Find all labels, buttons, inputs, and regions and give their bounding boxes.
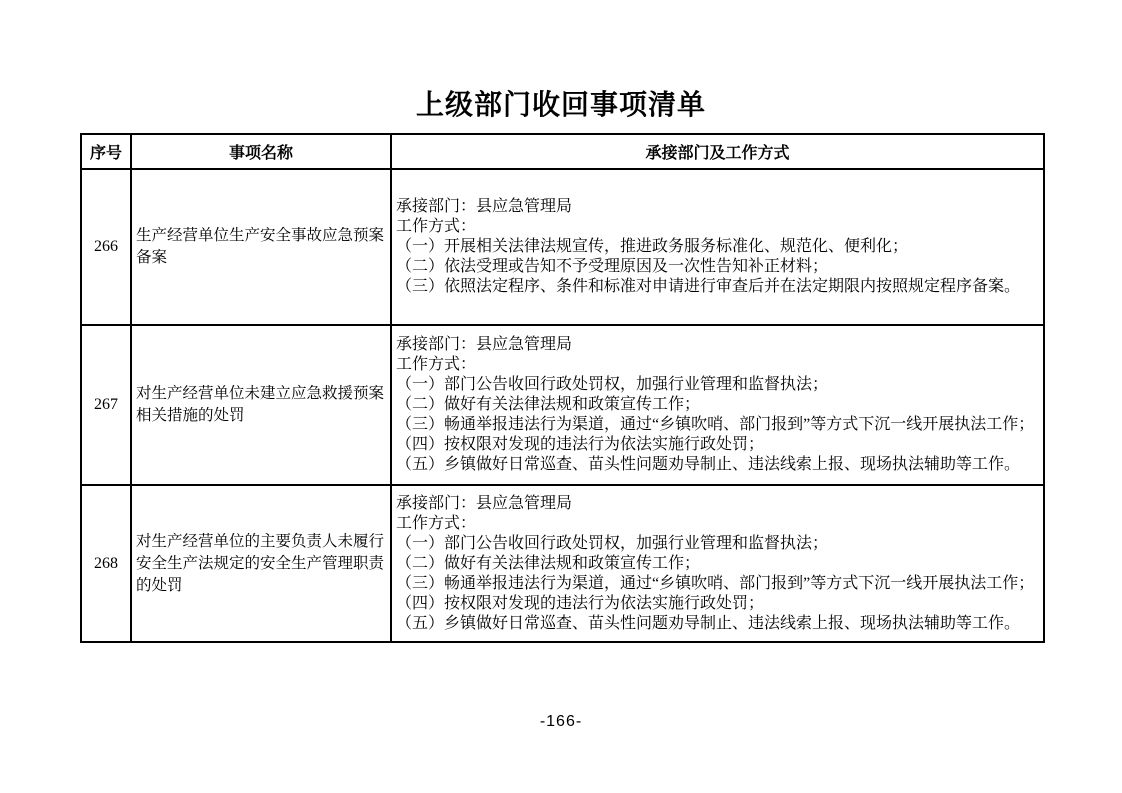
detail-line: （一）部门公告收回行政处罚权，加强行业管理和监督执法； [396,534,1039,554]
table-row: 266生产经营单位生产安全事故应急预案备案承接部门：县应急管理局工作方式：（一）… [81,169,1044,325]
detail-line: （一）部门公告收回行政处罚权，加强行业管理和监督执法； [396,375,1039,395]
detail-line: 工作方式： [396,514,1039,534]
detail-line: 工作方式： [396,355,1039,375]
item-name: 对生产经营单位的主要负责人未履行安全生产法规定的安全生产管理职责的处罚 [131,485,391,642]
table-header: 序号 事项名称 承接部门及工作方式 [81,134,1044,169]
page-title: 上级部门收回事项清单 [0,90,1122,122]
header-department-method: 承接部门及工作方式 [391,134,1044,169]
detail-line: （二）依法受理或告知不予受理原因及一次性告知补正材料； [396,257,1039,277]
header-serial: 序号 [81,134,131,169]
item-name: 生产经营单位生产安全事故应急预案备案 [131,169,391,325]
detail-line: （一）开展相关法律法规宣传，推进政务服务标准化、规范化、便利化； [396,237,1039,257]
detail-line: （三）畅通举报违法行为渠道，通过“乡镇吹哨、部门报到”等方式下沉一线开展执法工作… [396,574,1039,594]
detail-line: 承接部门：县应急管理局 [396,197,1039,217]
serial-number: 266 [81,169,131,325]
department-and-method: 承接部门：县应急管理局工作方式：（一）部门公告收回行政处罚权，加强行业管理和监督… [391,485,1044,642]
table-row: 267对生产经营单位未建立应急救援预案相关措施的处罚承接部门：县应急管理局工作方… [81,325,1044,485]
detail-line: （二）做好有关法律法规和政策宣传工作； [396,395,1039,415]
table-body: 266生产经营单位生产安全事故应急预案备案承接部门：县应急管理局工作方式：（一）… [81,169,1044,642]
detail-line: （四）按权限对发现的违法行为依法实施行政处罚； [396,594,1039,614]
detail-line: （三）依照法定程序、条件和标准对申请进行审查后并在法定期限内按照规定程序备案。 [396,277,1039,297]
detail-line: （三）畅通举报违法行为渠道，通过“乡镇吹哨、部门报到”等方式下沉一线开展执法工作… [396,415,1039,435]
detail-line: 承接部门：县应急管理局 [396,494,1039,514]
department-and-method: 承接部门：县应急管理局工作方式：（一）开展相关法律法规宣传，推进政务服务标准化、… [391,169,1044,325]
detail-line: （五）乡镇做好日常巡查、苗头性问题劝导制止、违法线索上报、现场执法辅助等工作。 [396,455,1039,475]
header-item-name: 事项名称 [131,134,391,169]
items-table: 序号 事项名称 承接部门及工作方式 266生产经营单位生产安全事故应急预案备案承… [80,133,1045,643]
department-and-method: 承接部门：县应急管理局工作方式：（一）部门公告收回行政处罚权，加强行业管理和监督… [391,325,1044,485]
detail-line: 承接部门：县应急管理局 [396,335,1039,355]
serial-number: 267 [81,325,131,485]
detail-line: 工作方式： [396,217,1039,237]
page-number: -166- [0,713,1122,731]
document-page: 上级部门收回事项清单 序号 事项名称 承接部门及工作方式 266生产经营单位生产… [0,0,1122,793]
serial-number: 268 [81,485,131,642]
table-header-row: 序号 事项名称 承接部门及工作方式 [81,134,1044,169]
detail-line: （二）做好有关法律法规和政策宣传工作； [396,554,1039,574]
detail-line: （四）按权限对发现的违法行为依法实施行政处罚； [396,435,1039,455]
item-name: 对生产经营单位未建立应急救援预案相关措施的处罚 [131,325,391,485]
detail-line: （五）乡镇做好日常巡查、苗头性问题劝导制止、违法线索上报、现场执法辅助等工作。 [396,614,1039,634]
table-row: 268对生产经营单位的主要负责人未履行安全生产法规定的安全生产管理职责的处罚承接… [81,485,1044,642]
